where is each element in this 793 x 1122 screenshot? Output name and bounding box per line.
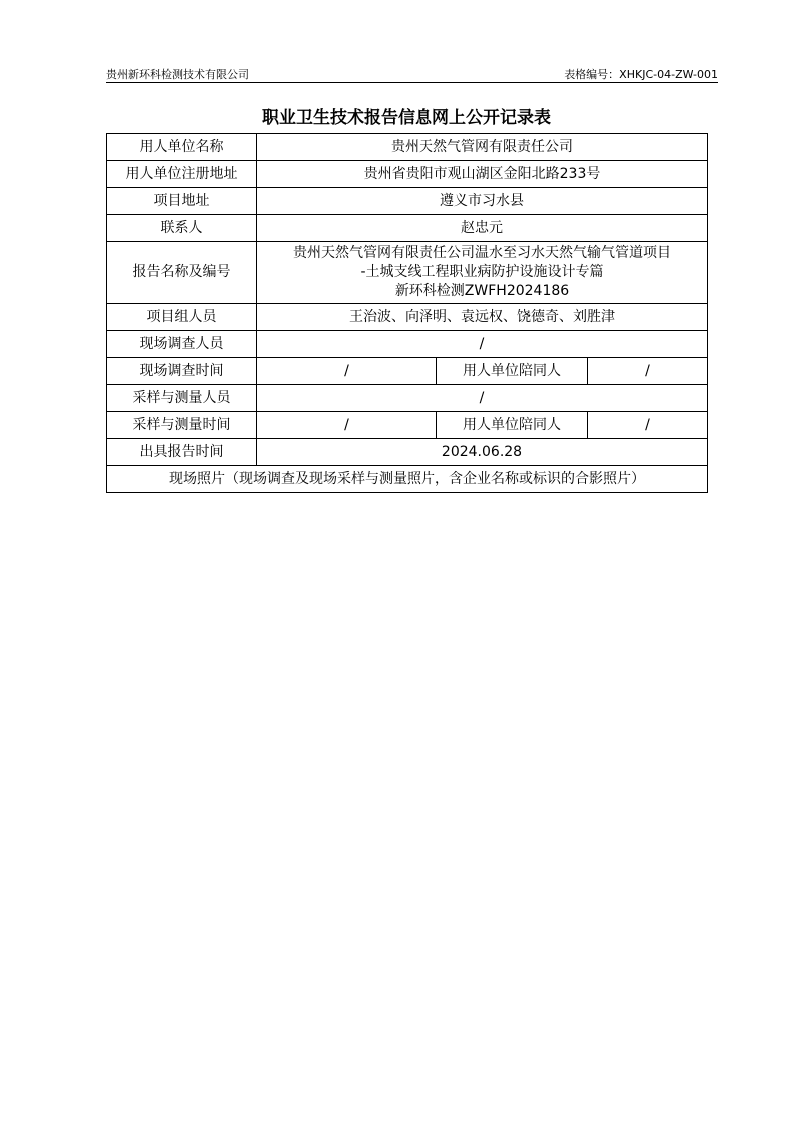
table-row: 项目地址 遵义市习水县	[107, 188, 708, 215]
table-row: 出具报告时间 2024.06.28	[107, 439, 708, 466]
survey-staff-value: /	[257, 331, 708, 358]
table-row: 报告名称及编号 贵州天然气管网有限责任公司温水至习水天然气输气管道项目 -土城支…	[107, 242, 708, 304]
contact-value: 赵忠元	[257, 215, 708, 242]
report-value: 贵州天然气管网有限责任公司温水至习水天然气输气管道项目 -土城支线工程职业病防护…	[257, 242, 708, 304]
employer-name-value: 贵州天然气管网有限责任公司	[257, 134, 708, 161]
employer-name-label: 用人单位名称	[107, 134, 257, 161]
sampling-escort-value: /	[588, 412, 708, 439]
contact-label: 联系人	[107, 215, 257, 242]
sampling-staff-label: 采样与测量人员	[107, 385, 257, 412]
table-row: 采样与测量人员 /	[107, 385, 708, 412]
sampling-time-label: 采样与测量时间	[107, 412, 257, 439]
survey-escort-label: 用人单位陪同人	[437, 358, 588, 385]
report-label: 报告名称及编号	[107, 242, 257, 304]
survey-staff-label: 现场调查人员	[107, 331, 257, 358]
sampling-time-value: /	[257, 412, 437, 439]
table-row: 用人单位注册地址 贵州省贵阳市观山湖区金阳北路233号	[107, 161, 708, 188]
table-row: 现场照片（现场调查及现场采样与测量照片，含企业名称或标识的合影照片）	[107, 466, 708, 493]
site-photos-label: 现场照片（现场调查及现场采样与测量照片，含企业名称或标识的合影照片）	[107, 466, 708, 493]
table-row: 现场调查时间 / 用人单位陪同人 /	[107, 358, 708, 385]
survey-time-value: /	[257, 358, 437, 385]
registered-address-label: 用人单位注册地址	[107, 161, 257, 188]
table-row: 项目组人员 王治波、向泽明、袁远权、饶德奇、刘胜津	[107, 304, 708, 331]
company-name: 贵州新环科检测技术有限公司	[106, 66, 249, 82]
survey-time-label: 现场调查时间	[107, 358, 257, 385]
project-address-label: 项目地址	[107, 188, 257, 215]
report-title-line-1: 贵州天然气管网有限责任公司温水至习水天然气输气管道项目	[259, 244, 705, 263]
record-table: 用人单位名称 贵州天然气管网有限责任公司 用人单位注册地址 贵州省贵阳市观山湖区…	[106, 133, 708, 493]
project-address-value: 遵义市习水县	[257, 188, 708, 215]
document-title: 职业卫生技术报告信息网上公开记录表	[106, 103, 707, 128]
report-date-label: 出具报告时间	[107, 439, 257, 466]
table-row: 现场调查人员 /	[107, 331, 708, 358]
report-date-value: 2024.06.28	[257, 439, 708, 466]
table-row: 采样与测量时间 / 用人单位陪同人 /	[107, 412, 708, 439]
team-value: 王治波、向泽明、袁远权、饶德奇、刘胜津	[257, 304, 708, 331]
form-code: 表格编号：XHKJC-04-ZW-001	[564, 66, 718, 82]
sampling-escort-label: 用人单位陪同人	[437, 412, 588, 439]
report-title-line-2: -土城支线工程职业病防护设施设计专篇	[259, 263, 705, 282]
sampling-staff-value: /	[257, 385, 708, 412]
page-header: 贵州新环科检测技术有限公司 表格编号：XHKJC-04-ZW-001	[106, 64, 718, 83]
table-row: 用人单位名称 贵州天然气管网有限责任公司	[107, 134, 708, 161]
report-number: 新环科检测ZWFH2024186	[259, 282, 705, 301]
registered-address-value: 贵州省贵阳市观山湖区金阳北路233号	[257, 161, 708, 188]
survey-escort-value: /	[588, 358, 708, 385]
team-label: 项目组人员	[107, 304, 257, 331]
table-row: 联系人 赵忠元	[107, 215, 708, 242]
